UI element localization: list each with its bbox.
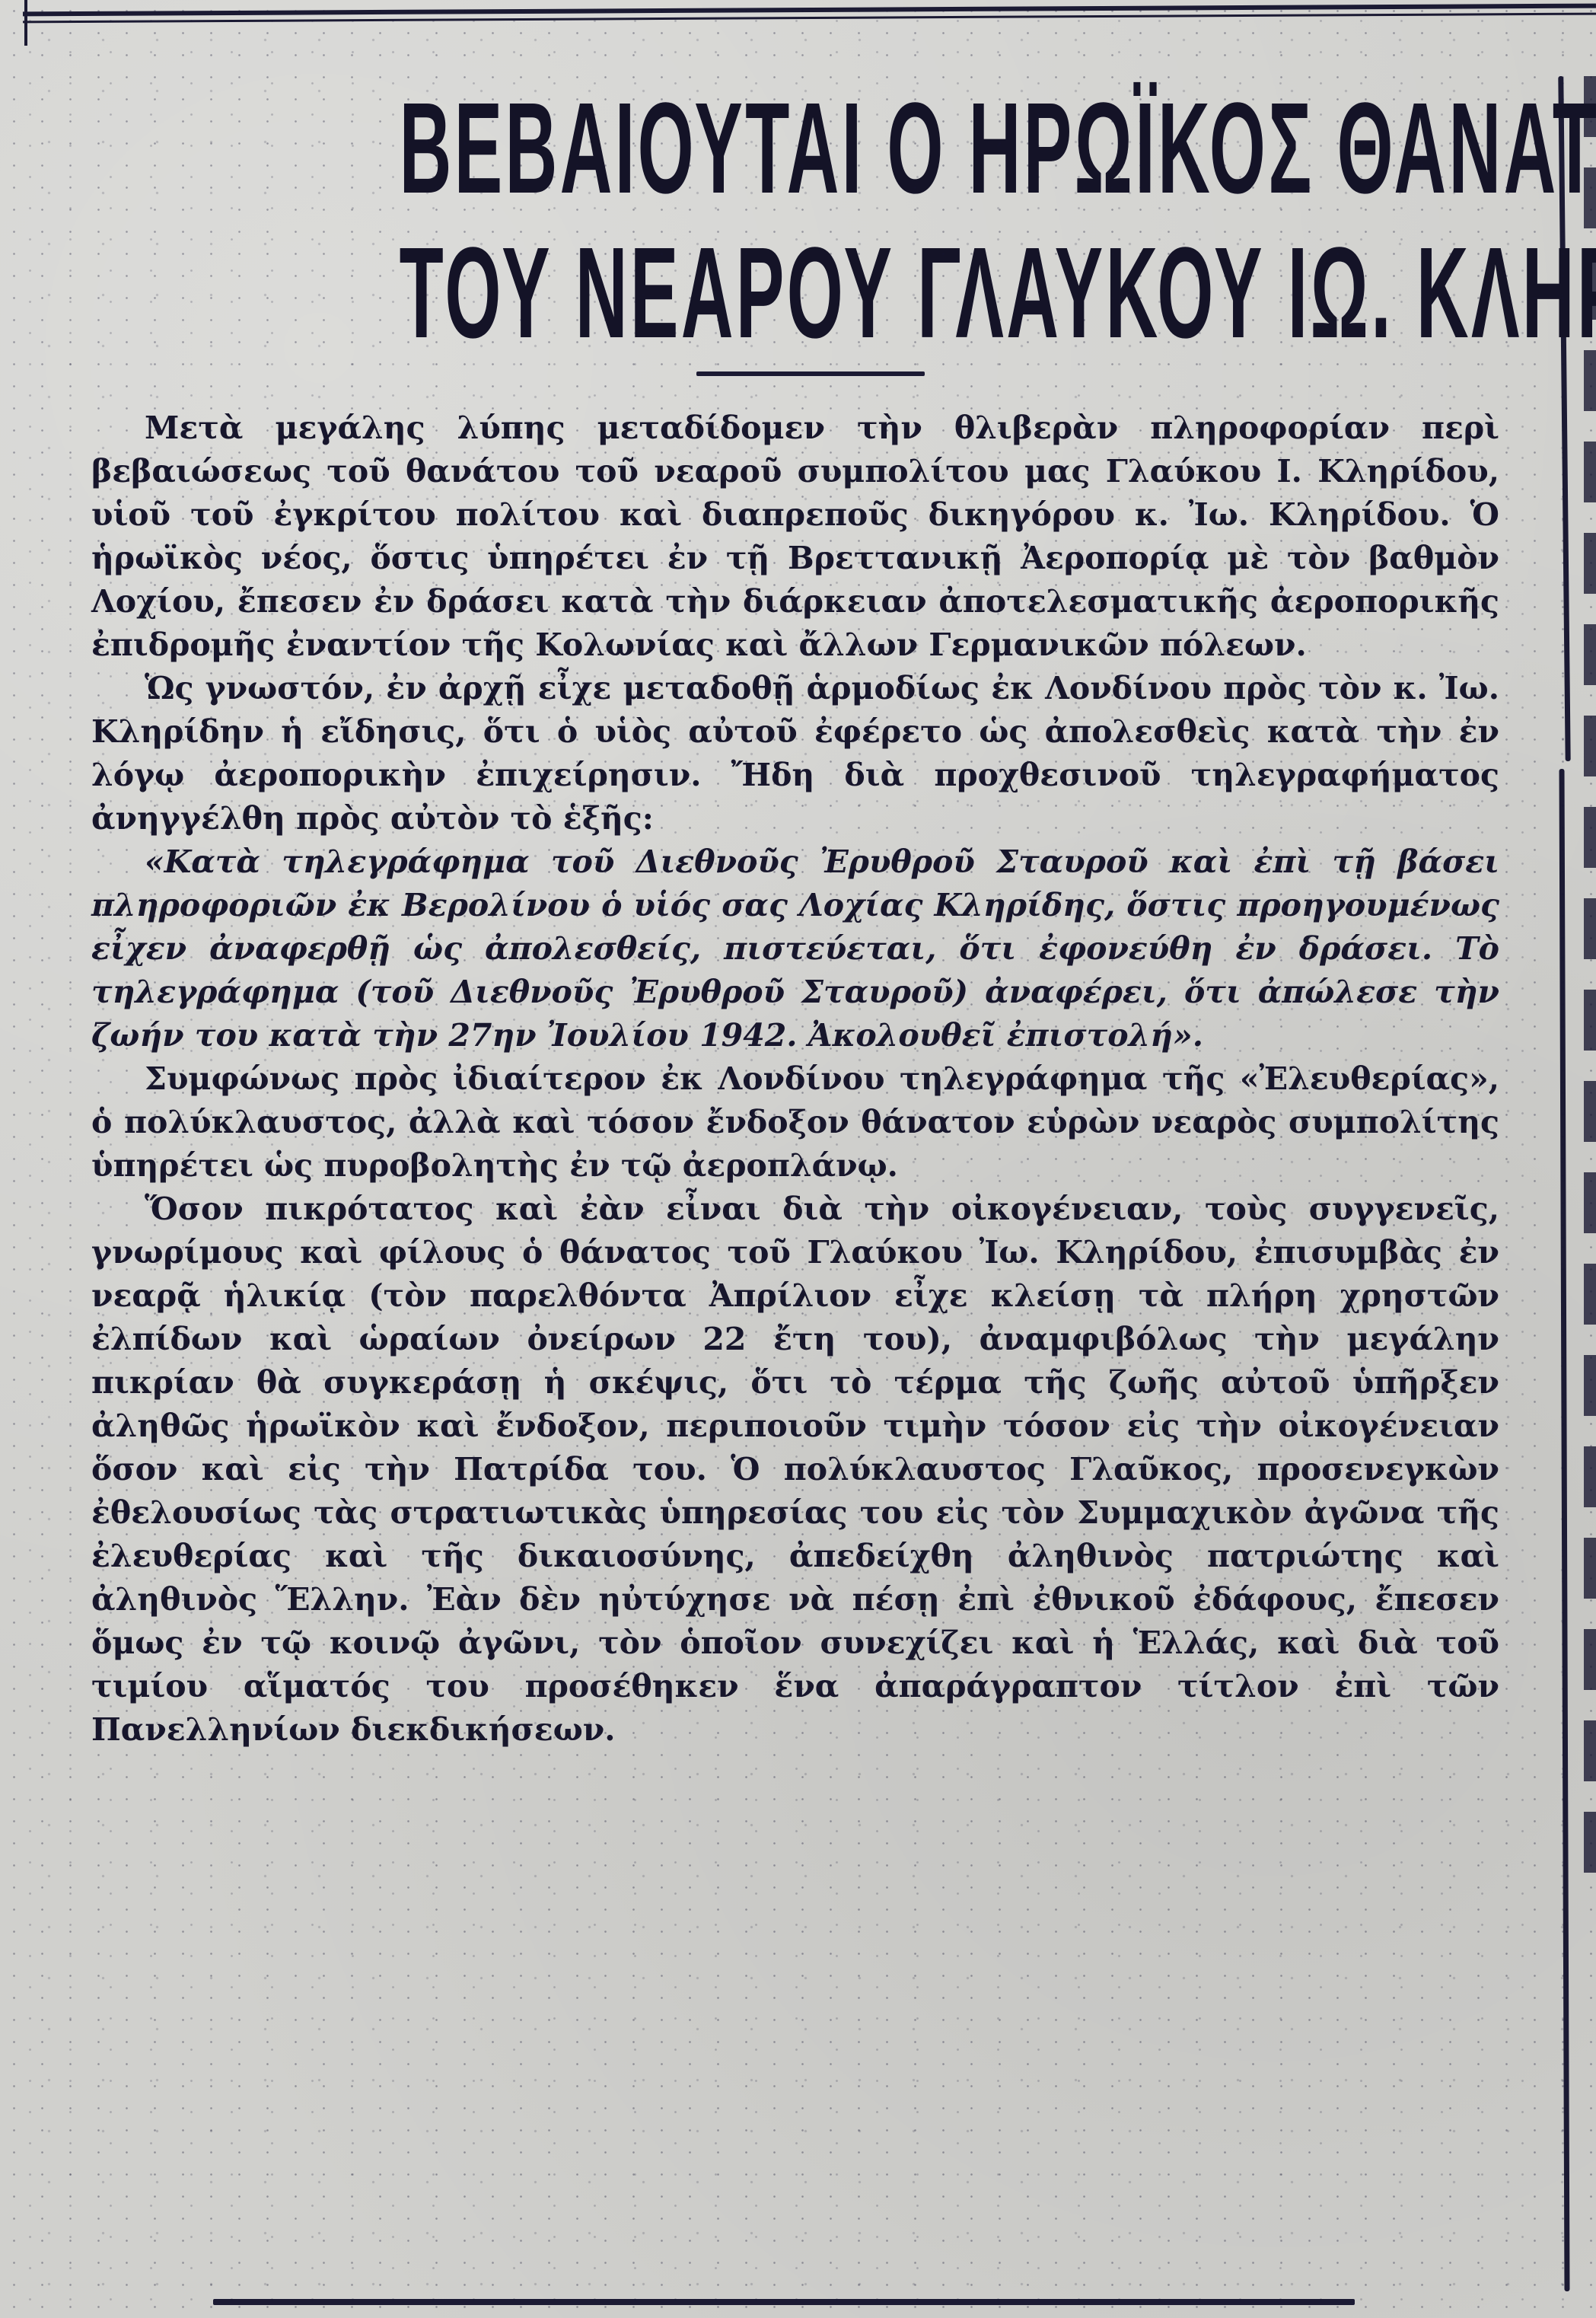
paragraph-background: Ὡς γνωστόν, ἐν ἀρχῇ εἶχε μεταδοθῇ ἁρμοδί… xyxy=(91,667,1499,840)
headline-separator-rule xyxy=(696,371,925,376)
headline-line-2: ΤΟΥ ΝΕΑΡΟΥ ΓΛΑΥΚΟΥ ΙΩ. ΚΛΗΡΙΔΟΥ xyxy=(400,228,1222,358)
paragraph-tribute: Ὅσον πικρότατος καὶ ἐὰν εἶναι διὰ τὴν οἰ… xyxy=(91,1188,1499,1752)
headline-line-1: ΒΕΒΑΙΟΥΤΑΙ Ο ΗΡΩΪΚΟΣ ΘΑΝΑΤΟΣ xyxy=(400,84,1222,213)
article-body: Μετὰ μεγάλης λύπης μεταδίδομεν τὴν θλιβε… xyxy=(76,407,1530,1752)
bottom-border-rule xyxy=(213,2299,1355,2305)
newspaper-page: ΒΕΒΑΙΟΥΤΑΙ Ο ΗΡΩΪΚΟΣ ΘΑΝΑΤΟΣ ΤΟΥ ΝΕΑΡΟΥ … xyxy=(0,0,1596,2318)
article-headline: ΒΕΒΑΙΟΥΤΑΙ Ο ΗΡΩΪΚΟΣ ΘΑΝΑΤΟΣ ΤΟΥ ΝΕΑΡΟΥ … xyxy=(76,84,1545,358)
left-column-rule xyxy=(24,0,27,46)
top-border-rule xyxy=(23,4,1596,24)
news-article: ΒΕΒΑΙΟΥΤΑΙ Ο ΗΡΩΪΚΟΣ ΘΑΝΑΤΟΣ ΤΟΥ ΝΕΑΡΟΥ … xyxy=(76,69,1545,1752)
column-divider-rule xyxy=(1559,769,1570,2291)
paragraph-telegram-quote: «Κατὰ τηλεγράφημα τοῦ Διεθνοῦς Ἐρυθροῦ Σ… xyxy=(91,840,1499,1057)
paragraph-announcement: Μετὰ μεγάλης λύπης μεταδίδομεν τὴν θλιβε… xyxy=(91,407,1499,667)
adjacent-column-fragment xyxy=(1579,76,1596,2284)
paragraph-eleftheria-report: Συμφώνως πρὸς ἰδιαίτερον ἐκ Λονδίνου τηλ… xyxy=(91,1057,1499,1188)
